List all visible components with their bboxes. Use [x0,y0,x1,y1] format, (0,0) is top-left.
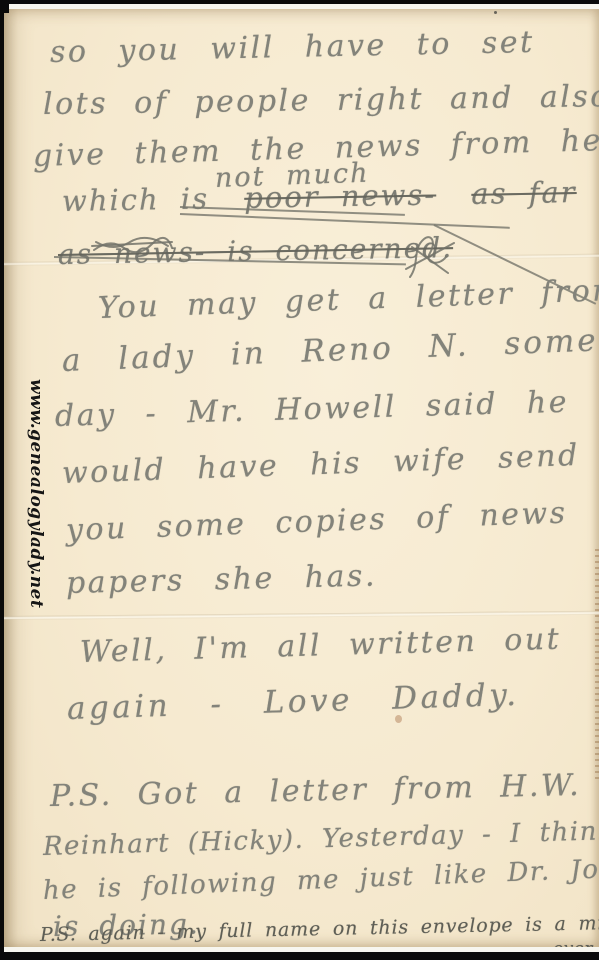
scribble-mark [400,231,460,283]
scribble-overlay [90,233,174,257]
handwriting-line: Well, I'm all written out [80,623,562,669]
inserted-correction: not much [214,159,370,194]
scanned-letter: www.genealogylady.net so you will have t… [0,0,599,960]
postscript-line: P.S. Got a letter from H.W. [50,769,582,813]
handwriting-line: papers she has. [66,559,378,600]
postscript-line: he is following me just like Dr. Joe [42,855,599,906]
handwriting-line: day - Mr. Howell said he [55,386,570,433]
scan-corner-top-left [0,0,9,13]
struck-text: as far [471,177,577,211]
handwriting-line: so you will have to set [50,26,535,69]
postscript-line: Reinhart (Hicky). Yesterday - I think [43,817,599,862]
handwriting-line: would have his wife send [61,439,580,490]
handwriting-line: lots of people right and also [43,80,599,121]
scan-edge-bottom [0,952,599,960]
closing-signature: again - Love Daddy. [66,678,519,726]
scan-edge-top [0,0,599,4]
paper-edge-texture [595,549,599,779]
paper-speck [494,11,497,14]
handwriting-line: a lady in Reno N. some [61,323,599,378]
fold-crease-lower [4,611,599,620]
strikethrough-stroke [180,213,510,229]
letter-paper: www.genealogylady.net so you will have t… [4,9,599,947]
scan-edge-left [0,0,4,960]
over-note: over [553,940,593,947]
handwriting-line: You may get a letter from [97,274,599,325]
scan-white-gap-top [0,4,599,9]
handwriting-line: you some copies of news [65,496,568,546]
watermark-text: www.genealogylady.net [26,379,46,605]
